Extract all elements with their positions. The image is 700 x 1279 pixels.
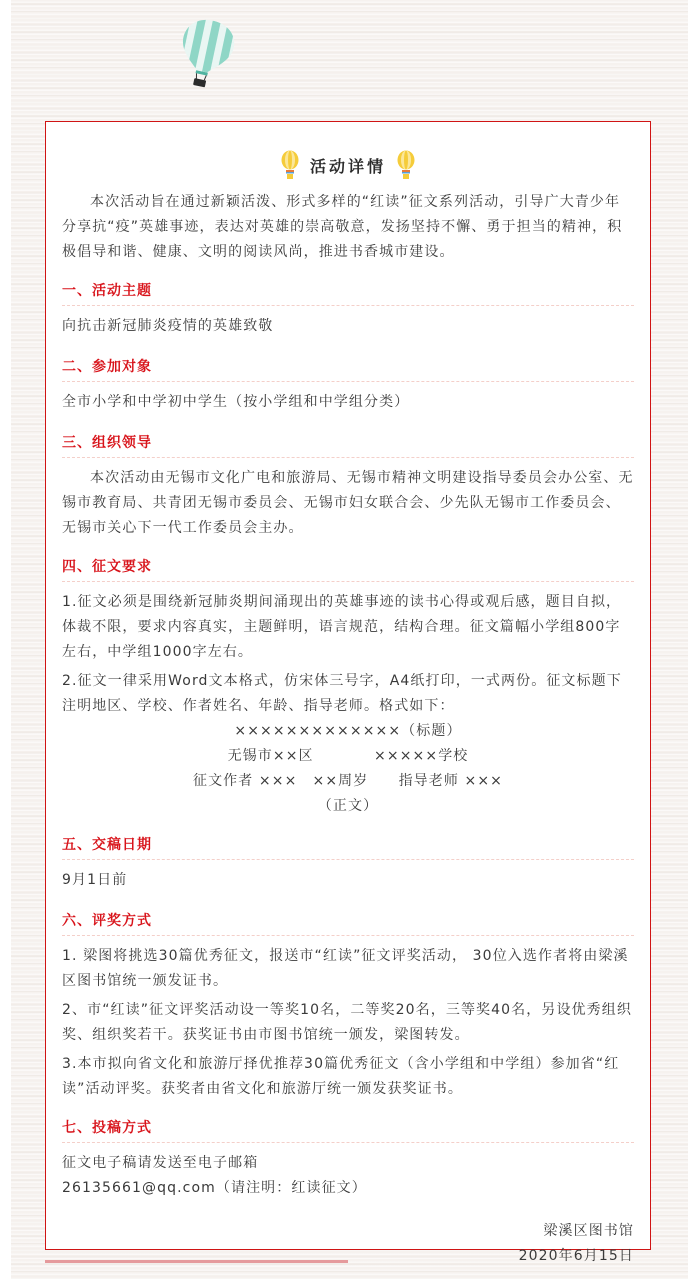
- section-body: 全市小学和中学初中学生（按小学组和中学组分类）: [62, 390, 634, 415]
- activity-details-card: 活动详情 本次活动旨在通过新颖活泼、形式多样的“红读”征文系列活动，引导广大青少…: [45, 121, 651, 1250]
- yellow-balloon-icon: [280, 150, 300, 180]
- section-body: 9月1日前: [62, 868, 634, 893]
- intro-paragraph: 本次活动旨在通过新颖活泼、形式多样的“红读”征文系列活动，引导广大青少年分享抗“…: [62, 190, 634, 265]
- hot-air-balloon-icon: [176, 18, 238, 90]
- award-item: 2、市“红读”征文评奖活动设一等奖10名，二等奖20名，三等奖40名，另设优秀组…: [62, 998, 634, 1048]
- signature-date: 2020年6月15日: [62, 1244, 634, 1269]
- format-line-author: 征文作者 ××× ××周岁 指导老师 ×××: [62, 769, 634, 794]
- award-item: 3.本市拟向省文化和旅游厅择优推荐30篇优秀征文（含小学组和中学组）参加省“红读…: [62, 1052, 634, 1102]
- section-body: 向抗击新冠肺炎疫情的英雄致敬: [62, 314, 634, 339]
- section-requirements: 四、征文要求 1.征文必须是围绕新冠肺炎期间涌现出的英雄事迹的读书心得或观后感，…: [62, 557, 634, 819]
- section-participants: 二、参加对象 全市小学和中学初中学生（按小学组和中学组分类）: [62, 357, 634, 415]
- requirement-item: 2.征文一律采用Word文本格式，仿宋体三号字，A4纸打印，一式两份。征文标题下…: [62, 669, 634, 719]
- card-header: 活动详情: [62, 148, 634, 182]
- format-line-body: （正文）: [62, 794, 634, 819]
- section-heading: 六、评奖方式: [62, 911, 634, 936]
- section-awards: 六、评奖方式 1. 梁图将挑选30篇优秀征文，报送市“红读”征文评奖活动， 30…: [62, 911, 634, 1102]
- section-heading: 四、征文要求: [62, 557, 634, 582]
- section-heading: 五、交稿日期: [62, 835, 634, 860]
- submission-instruction: 征文电子稿请发送至电子邮箱: [62, 1151, 634, 1176]
- format-line-district-school: 无锡市××区 ×××××学校: [62, 744, 634, 769]
- decorative-divider: [45, 1260, 348, 1263]
- requirement-item: 1.征文必须是围绕新冠肺炎期间涌现出的英雄事迹的读书心得或观后感，题目自拟，体裁…: [62, 590, 634, 665]
- section-theme: 一、活动主题 向抗击新冠肺炎疫情的英雄致敬: [62, 281, 634, 339]
- format-line-title: ×××××××××××××（标题）: [62, 719, 634, 744]
- page-title: 活动详情: [310, 154, 386, 177]
- section-deadline: 五、交稿日期 9月1日前: [62, 835, 634, 893]
- section-heading: 一、活动主题: [62, 281, 634, 306]
- section-organizers: 三、组织领导 本次活动由无锡市文化广电和旅游局、无锡市精神文明建设指导委员会办公…: [62, 433, 634, 541]
- submission-email[interactable]: 26135661@qq.com（请注明：红读征文）: [62, 1176, 634, 1201]
- section-heading: 二、参加对象: [62, 357, 634, 382]
- section-submission: 七、投稿方式 征文电子稿请发送至电子邮箱 26135661@qq.com（请注明…: [62, 1118, 634, 1201]
- section-body: 本次活动由无锡市文化广电和旅游局、无锡市精神文明建设指导委员会办公室、无锡市教育…: [62, 466, 634, 541]
- yellow-balloon-icon: [396, 150, 416, 180]
- award-item: 1. 梁图将挑选30篇优秀征文，报送市“红读”征文评奖活动， 30位入选作者将由…: [62, 944, 634, 994]
- signature-organization: 梁溪区图书馆: [62, 1219, 634, 1244]
- section-heading: 七、投稿方式: [62, 1118, 634, 1143]
- section-heading: 三、组织领导: [62, 433, 634, 458]
